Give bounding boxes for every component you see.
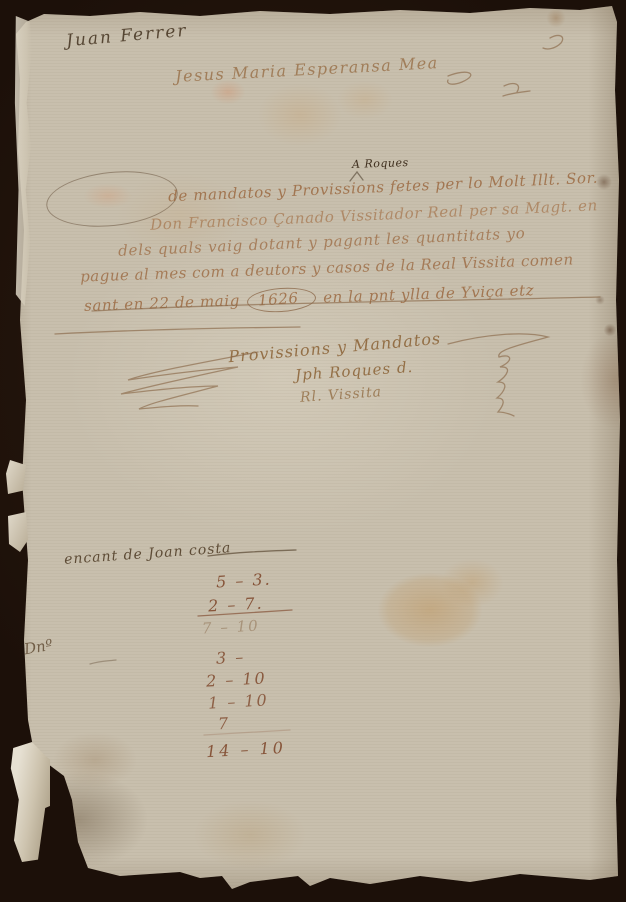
manuscript-page bbox=[0, 0, 626, 902]
paper-edge-scrap bbox=[8, 512, 28, 552]
heading-insert-above: A Roques bbox=[352, 156, 409, 171]
date-text: sant en 22 de maig bbox=[84, 291, 240, 314]
sum-row: 7 bbox=[218, 714, 231, 734]
place-text: en la pnt ylla de Yviça etz bbox=[323, 281, 535, 306]
sum-subtotal: 7 – 10 bbox=[202, 617, 261, 638]
curled-corner-fragment bbox=[10, 742, 50, 862]
paper-edge-scrap bbox=[6, 460, 26, 494]
sum-row: 2 – 7. bbox=[208, 594, 265, 616]
sum-row: 3 – bbox=[216, 647, 246, 668]
sum-row: 2 – 10 bbox=[206, 668, 268, 690]
sum-row: 1 – 10 bbox=[208, 690, 270, 712]
manuscript-scan: Juan Ferrer Jesus Maria Esperansa Mea A … bbox=[0, 0, 626, 902]
sum-row: 5 – 3. bbox=[216, 570, 273, 592]
circled-year: 1626 bbox=[247, 286, 317, 315]
